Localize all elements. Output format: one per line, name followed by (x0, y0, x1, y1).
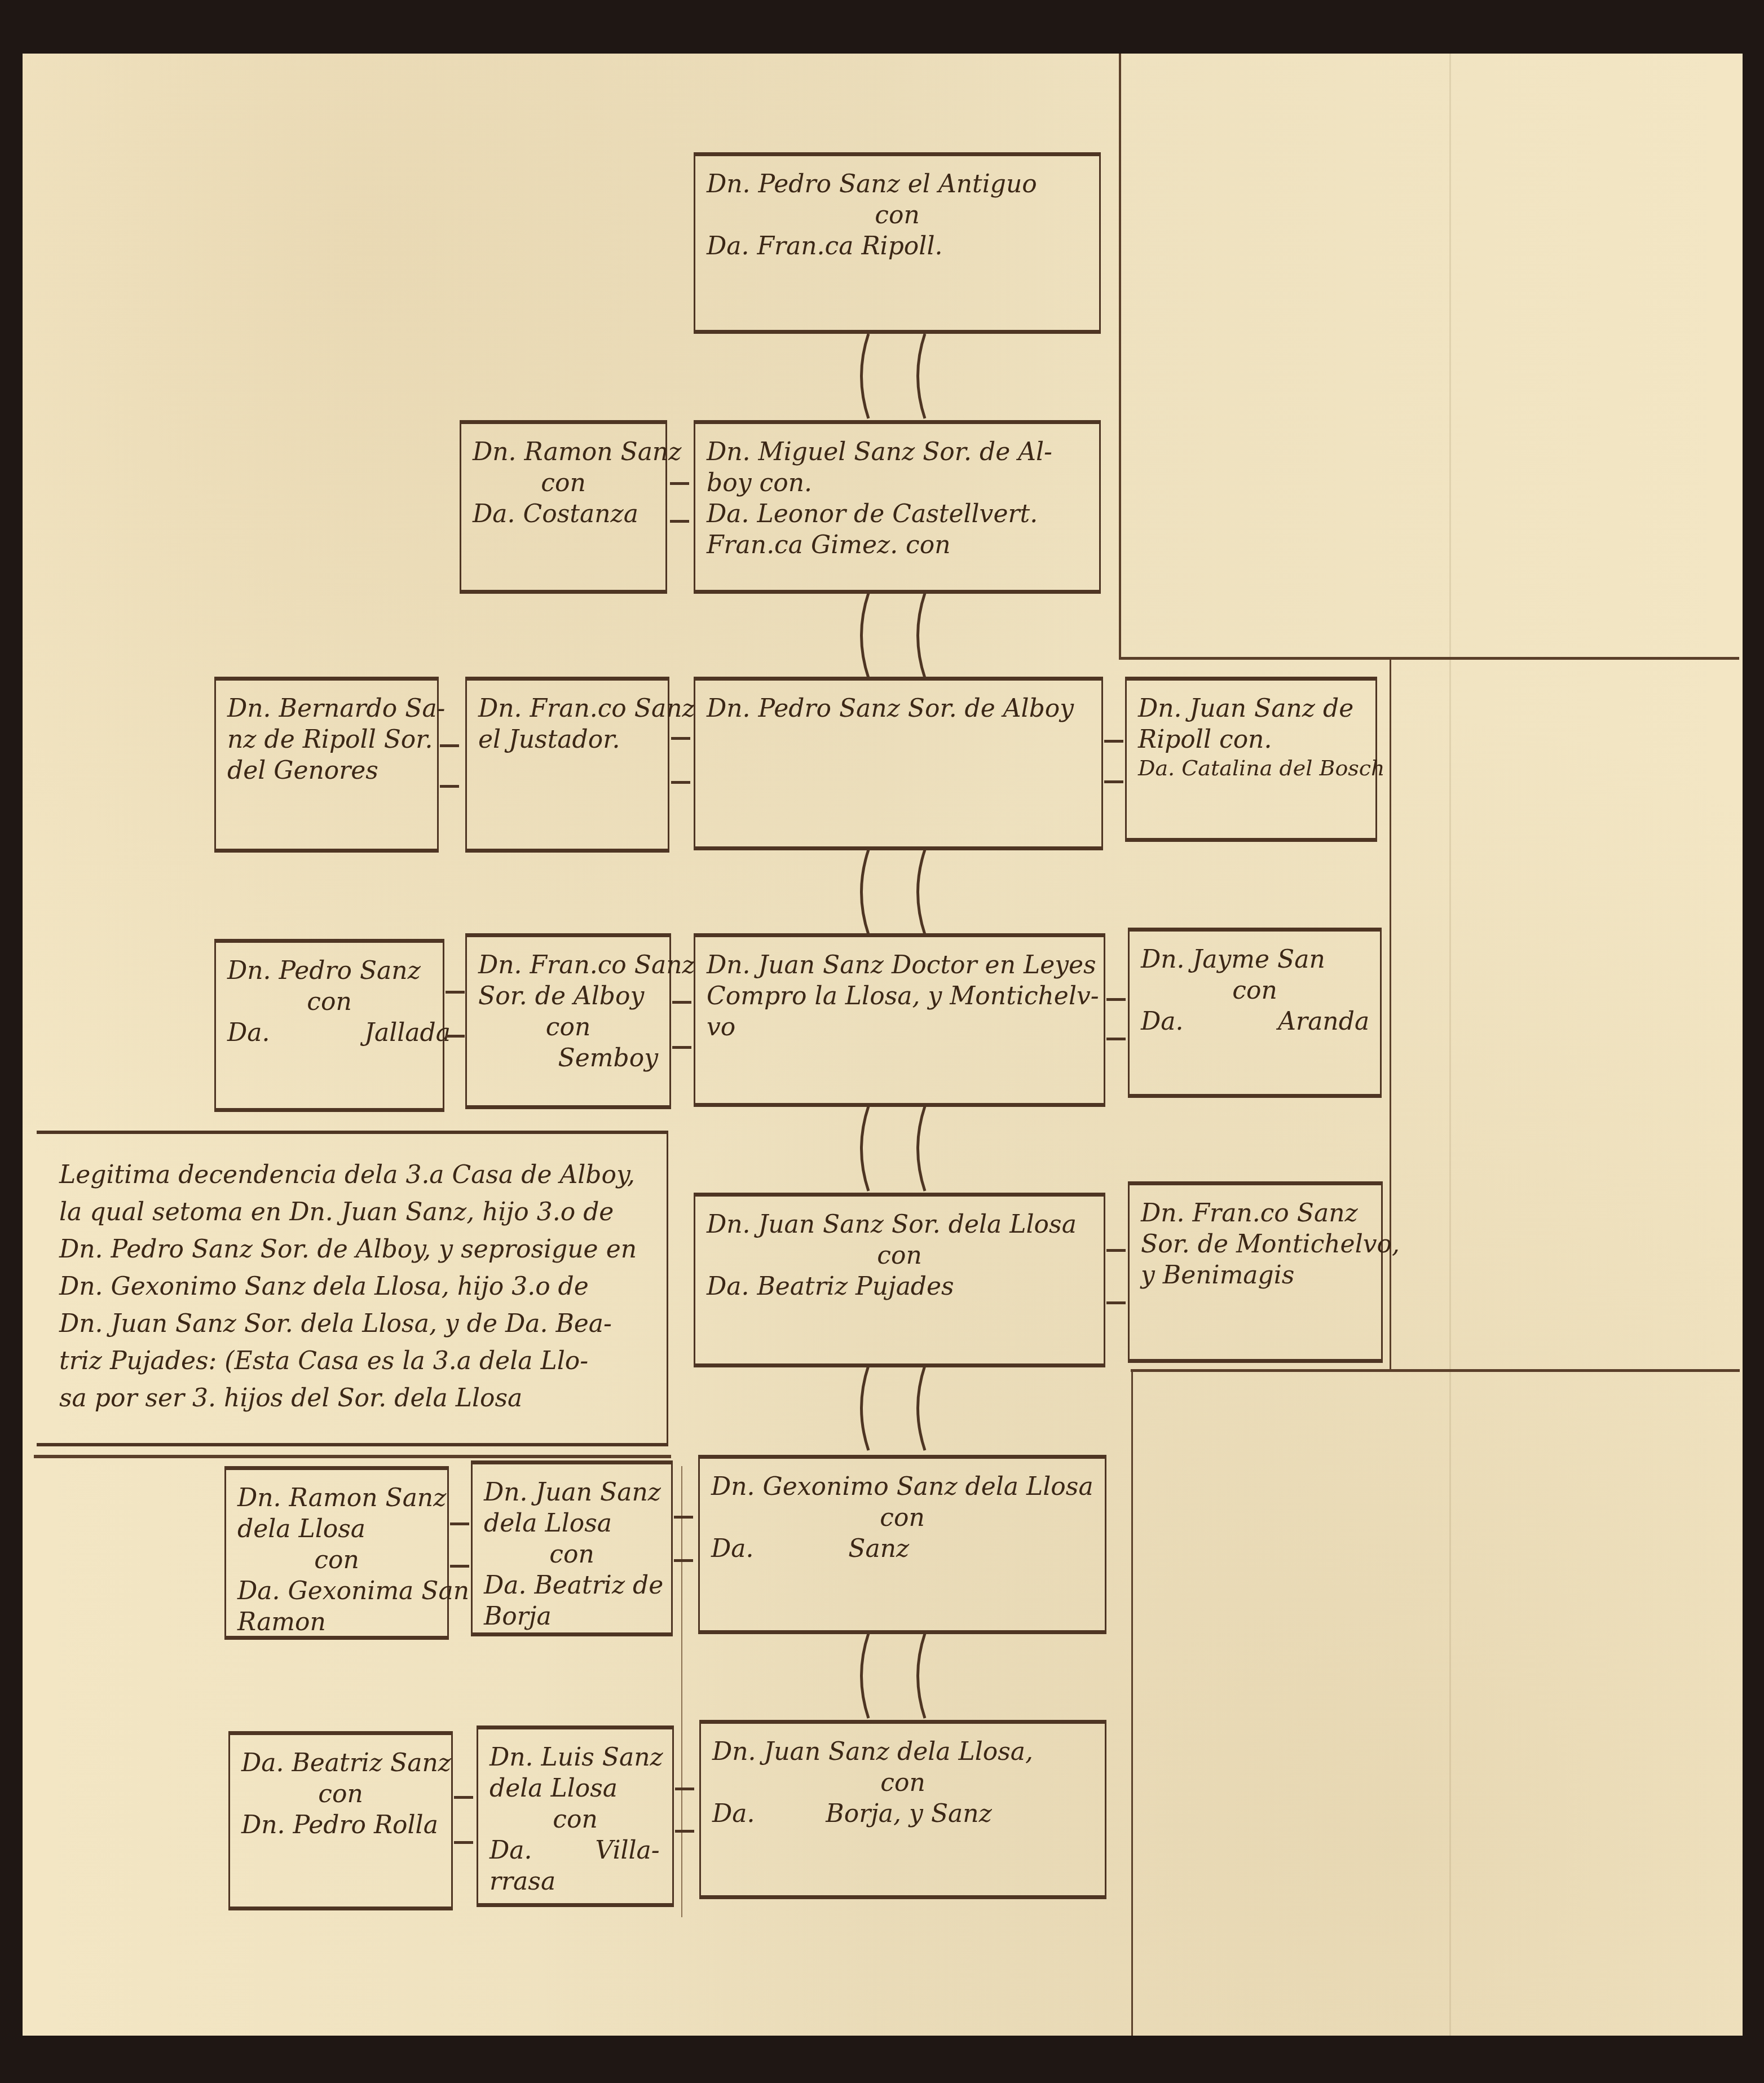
marriage-label: con (707, 1240, 1092, 1271)
marriage-label: con (237, 1544, 436, 1576)
marriage-label: con (473, 467, 654, 498)
person-title: del Genores (227, 755, 426, 786)
sibling-tie (1104, 740, 1123, 751)
marriage-label: con (711, 1502, 1093, 1533)
frame-line-vertical-bottom (1131, 1370, 1133, 2036)
annotation-line: la qual setoma en Dn. Juan Sanz, hijo 3.… (59, 1194, 650, 1231)
sibling-tie (671, 781, 690, 792)
sibling-tie (1106, 1249, 1126, 1260)
marriage-label: con (712, 1767, 1093, 1798)
person-title: dela Llosa (237, 1513, 436, 1544)
person-box-beatriz: Da. Beatriz Sanz con Dn. Pedro Rolla (228, 1731, 453, 1910)
spouse-name: Da. Beatriz de (484, 1570, 660, 1601)
sibling-tie (675, 1830, 694, 1841)
spouse-name: Ramon (237, 1607, 436, 1638)
person-name: Dn. Luis Sanz (489, 1742, 661, 1773)
descent-connector (857, 1106, 936, 1191)
annotation-line: Dn. Juan Sanz Sor. dela Llosa, y de Da. … (59, 1305, 650, 1343)
person-box-miguel: Dn. Miguel Sanz Sor. de Al- boy con. Da.… (694, 420, 1101, 594)
marriage-label: con (1141, 975, 1369, 1006)
annotation-line: Dn. Gexonimo Sanz dela Llosa, hijo 3.o d… (59, 1268, 650, 1305)
person-name: Dn. Fran.co Sanz (478, 950, 658, 981)
sibling-tie (454, 1841, 473, 1852)
person-box-ramon-llosa: Dn. Ramon Sanz dela Llosa con Da. Gexoni… (224, 1466, 449, 1640)
person-box-juan-llosa: Dn. Juan Sanz Sor. dela Llosa con Da. Be… (694, 1193, 1105, 1367)
person-name: Dn. Pedro Sanz Sor. de Alboy (707, 693, 1090, 724)
frame-line-vertical-right (1390, 659, 1391, 1372)
person-title: Sor. de Montichelvo, (1141, 1229, 1370, 1260)
person-box-juan-final: Dn. Juan Sanz dela Llosa, con Da. Borja,… (699, 1720, 1106, 1899)
person-name: Dn. Pedro Sanz el Antiguo (707, 169, 1088, 200)
paper-fold (1449, 54, 1451, 2036)
spouse-name: Da. Villa- (489, 1835, 661, 1866)
person-box-fran-justador: Dn. Fran.co Sanz el Justador. (465, 677, 669, 853)
person-box-fran-alboy: Dn. Fran.co Sanz Sor. de Alboy con Sembo… (465, 933, 671, 1109)
person-name: Dn. Juan Sanz dela Llosa, (712, 1736, 1093, 1767)
person-box-juan-ripoll: Dn. Juan Sanz de Ripoll con. Da. Catalin… (1125, 677, 1377, 842)
person-box-pedro-2: Dn. Pedro Sanz con Da. Jallada (214, 939, 444, 1112)
person-name: Dn. Bernardo Sa- (227, 693, 426, 724)
person-box-pedro-alboy: Dn. Pedro Sanz Sor. de Alboy (694, 677, 1103, 850)
frame-line-horizontal-upper (1119, 657, 1739, 660)
descent-connector (857, 334, 936, 418)
annotation-line: Legitima decendencia dela 3.a Casa de Al… (59, 1157, 650, 1194)
spouse-name: Da. Aranda (1141, 1006, 1369, 1037)
spouse-name: Fran.ca Gimez. con (707, 529, 1088, 561)
descent-connector (857, 850, 936, 934)
person-name: Ripoll con. (1138, 724, 1364, 755)
person-name: Dn. Juan Sanz de (1138, 693, 1364, 724)
person-note: vo (707, 1012, 1092, 1043)
sibling-tie (440, 785, 459, 796)
descent-connector (857, 593, 936, 678)
person-name: Dn. Jayme San (1141, 944, 1369, 975)
person-note: Compro la Llosa, y Montichelv- (707, 981, 1092, 1012)
marriage-label: con (489, 1804, 661, 1835)
marriage-label: con (707, 200, 1088, 231)
person-box-luis: Dn. Luis Sanz dela Llosa con Da. Villa- … (477, 1725, 674, 1907)
sibling-tie (1106, 1301, 1126, 1312)
sibling-tie (671, 737, 690, 748)
person-name: Dn. Juan Sanz Doctor en Leyes (707, 950, 1092, 981)
person-name: Dn. Pedro Sanz (227, 955, 431, 986)
person-box-fran-montichelvo: Dn. Fran.co Sanz Sor. de Montichelvo, y … (1128, 1181, 1383, 1363)
marriage-label: con (241, 1779, 440, 1810)
annotation-line: triz Pujades: (Esta Casa es la 3.a dela … (59, 1343, 650, 1380)
note-separator-line (34, 1455, 671, 1458)
sibling-tie (450, 1565, 469, 1576)
person-name: Dn. Gexonimo Sanz dela Llosa (711, 1471, 1093, 1502)
sibling-tie (670, 482, 689, 493)
descent-connector (857, 1366, 936, 1450)
annotation-line: sa por ser 3. hijos del Sor. dela Llosa (59, 1380, 650, 1417)
person-box-ramon: Dn. Ramon Sanz con Da. Costanza (460, 420, 667, 594)
sibling-tie (446, 1035, 465, 1045)
person-name: Dn. Fran.co Sanz (1141, 1198, 1370, 1229)
person-name: Dn. Juan Sanz Sor. dela Llosa (707, 1209, 1092, 1240)
spouse-name: Da. Catalina del Bosch (1138, 755, 1364, 782)
sibling-tie (670, 520, 689, 531)
person-title: dela Llosa (484, 1508, 660, 1539)
sibling-tie (674, 1559, 693, 1570)
person-title: y Benimagis (1141, 1260, 1370, 1291)
spouse-name: Dn. Pedro Rolla (241, 1810, 440, 1841)
frame-line-vertical-top (1119, 54, 1121, 660)
spouse-name: Da. Fran.ca Ripoll. (707, 231, 1088, 262)
marriage-label: con (227, 986, 431, 1017)
person-name: Da. Beatriz Sanz (241, 1747, 440, 1779)
spouse-name: Da. Leonor de Castellvert. (707, 498, 1088, 529)
sibling-tie (440, 744, 459, 755)
person-title: Sor. de Alboy (478, 981, 658, 1012)
person-name: Dn. Ramon Sanz (237, 1482, 436, 1513)
sibling-tie (674, 1516, 693, 1526)
person-box-gexonimo: Dn. Gexonimo Sanz dela Llosa con Da. San… (698, 1455, 1106, 1634)
column-divider-left (681, 1466, 682, 1917)
sibling-tie (1106, 1038, 1126, 1048)
sibling-tie (1106, 998, 1126, 1009)
person-name: nz de Ripoll Sor. (227, 724, 426, 755)
sibling-tie (454, 1796, 473, 1807)
marriage-label: con (484, 1539, 660, 1570)
person-box-juan-llosa-2: Dn. Juan Sanz dela Llosa con Da. Beatriz… (471, 1460, 673, 1636)
marriage-label: boy con. (707, 467, 1088, 498)
sibling-tie (450, 1522, 469, 1533)
person-name: Dn. Miguel Sanz Sor. de Al- (707, 436, 1088, 467)
person-name: Dn. Fran.co Sanz (478, 693, 656, 724)
marriage-label: con (478, 1012, 658, 1043)
sibling-tie (1104, 780, 1123, 791)
person-box-juan-doctor: Dn. Juan Sanz Doctor en Leyes Compro la … (694, 933, 1105, 1107)
spouse-name: Da. Beatriz Pujades (707, 1271, 1092, 1302)
frame-line-horizontal-lower (1131, 1369, 1740, 1372)
sibling-tie (446, 991, 465, 1001)
lineage-annotation: Legitima decendencia dela 3.a Casa de Al… (37, 1131, 668, 1446)
person-box-bernardo: Dn. Bernardo Sa- nz de Ripoll Sor. del G… (214, 677, 439, 853)
spouse-name: Da. Sanz (711, 1533, 1093, 1564)
spouse-name: rrasa (489, 1866, 661, 1897)
sibling-tie (672, 1001, 691, 1012)
spouse-name: Da. Gexonima San (237, 1576, 436, 1607)
person-name: Dn. Juan Sanz (484, 1477, 660, 1508)
spouse-name: Da. Jallada (227, 1017, 431, 1048)
annotation-line: Dn. Pedro Sanz Sor. de Alboy, y seprosig… (59, 1231, 650, 1268)
spouse-name: Da. Costanza (473, 498, 654, 529)
spouse-name: Borja (484, 1601, 660, 1632)
sibling-tie (675, 1788, 694, 1798)
descent-connector (857, 1634, 936, 1718)
person-box-jayme: Dn. Jayme San con Da. Aranda (1128, 928, 1382, 1098)
spouse-name: Semboy (478, 1043, 658, 1074)
person-title: el Justador. (478, 724, 656, 755)
person-name: Dn. Ramon Sanz (473, 436, 654, 467)
sibling-tie (672, 1046, 691, 1057)
person-box-pedro-antiguo: Dn. Pedro Sanz el Antiguo con Da. Fran.c… (694, 152, 1101, 334)
person-title: dela Llosa (489, 1773, 661, 1804)
spouse-name: Da. Borja, y Sanz (712, 1798, 1093, 1829)
